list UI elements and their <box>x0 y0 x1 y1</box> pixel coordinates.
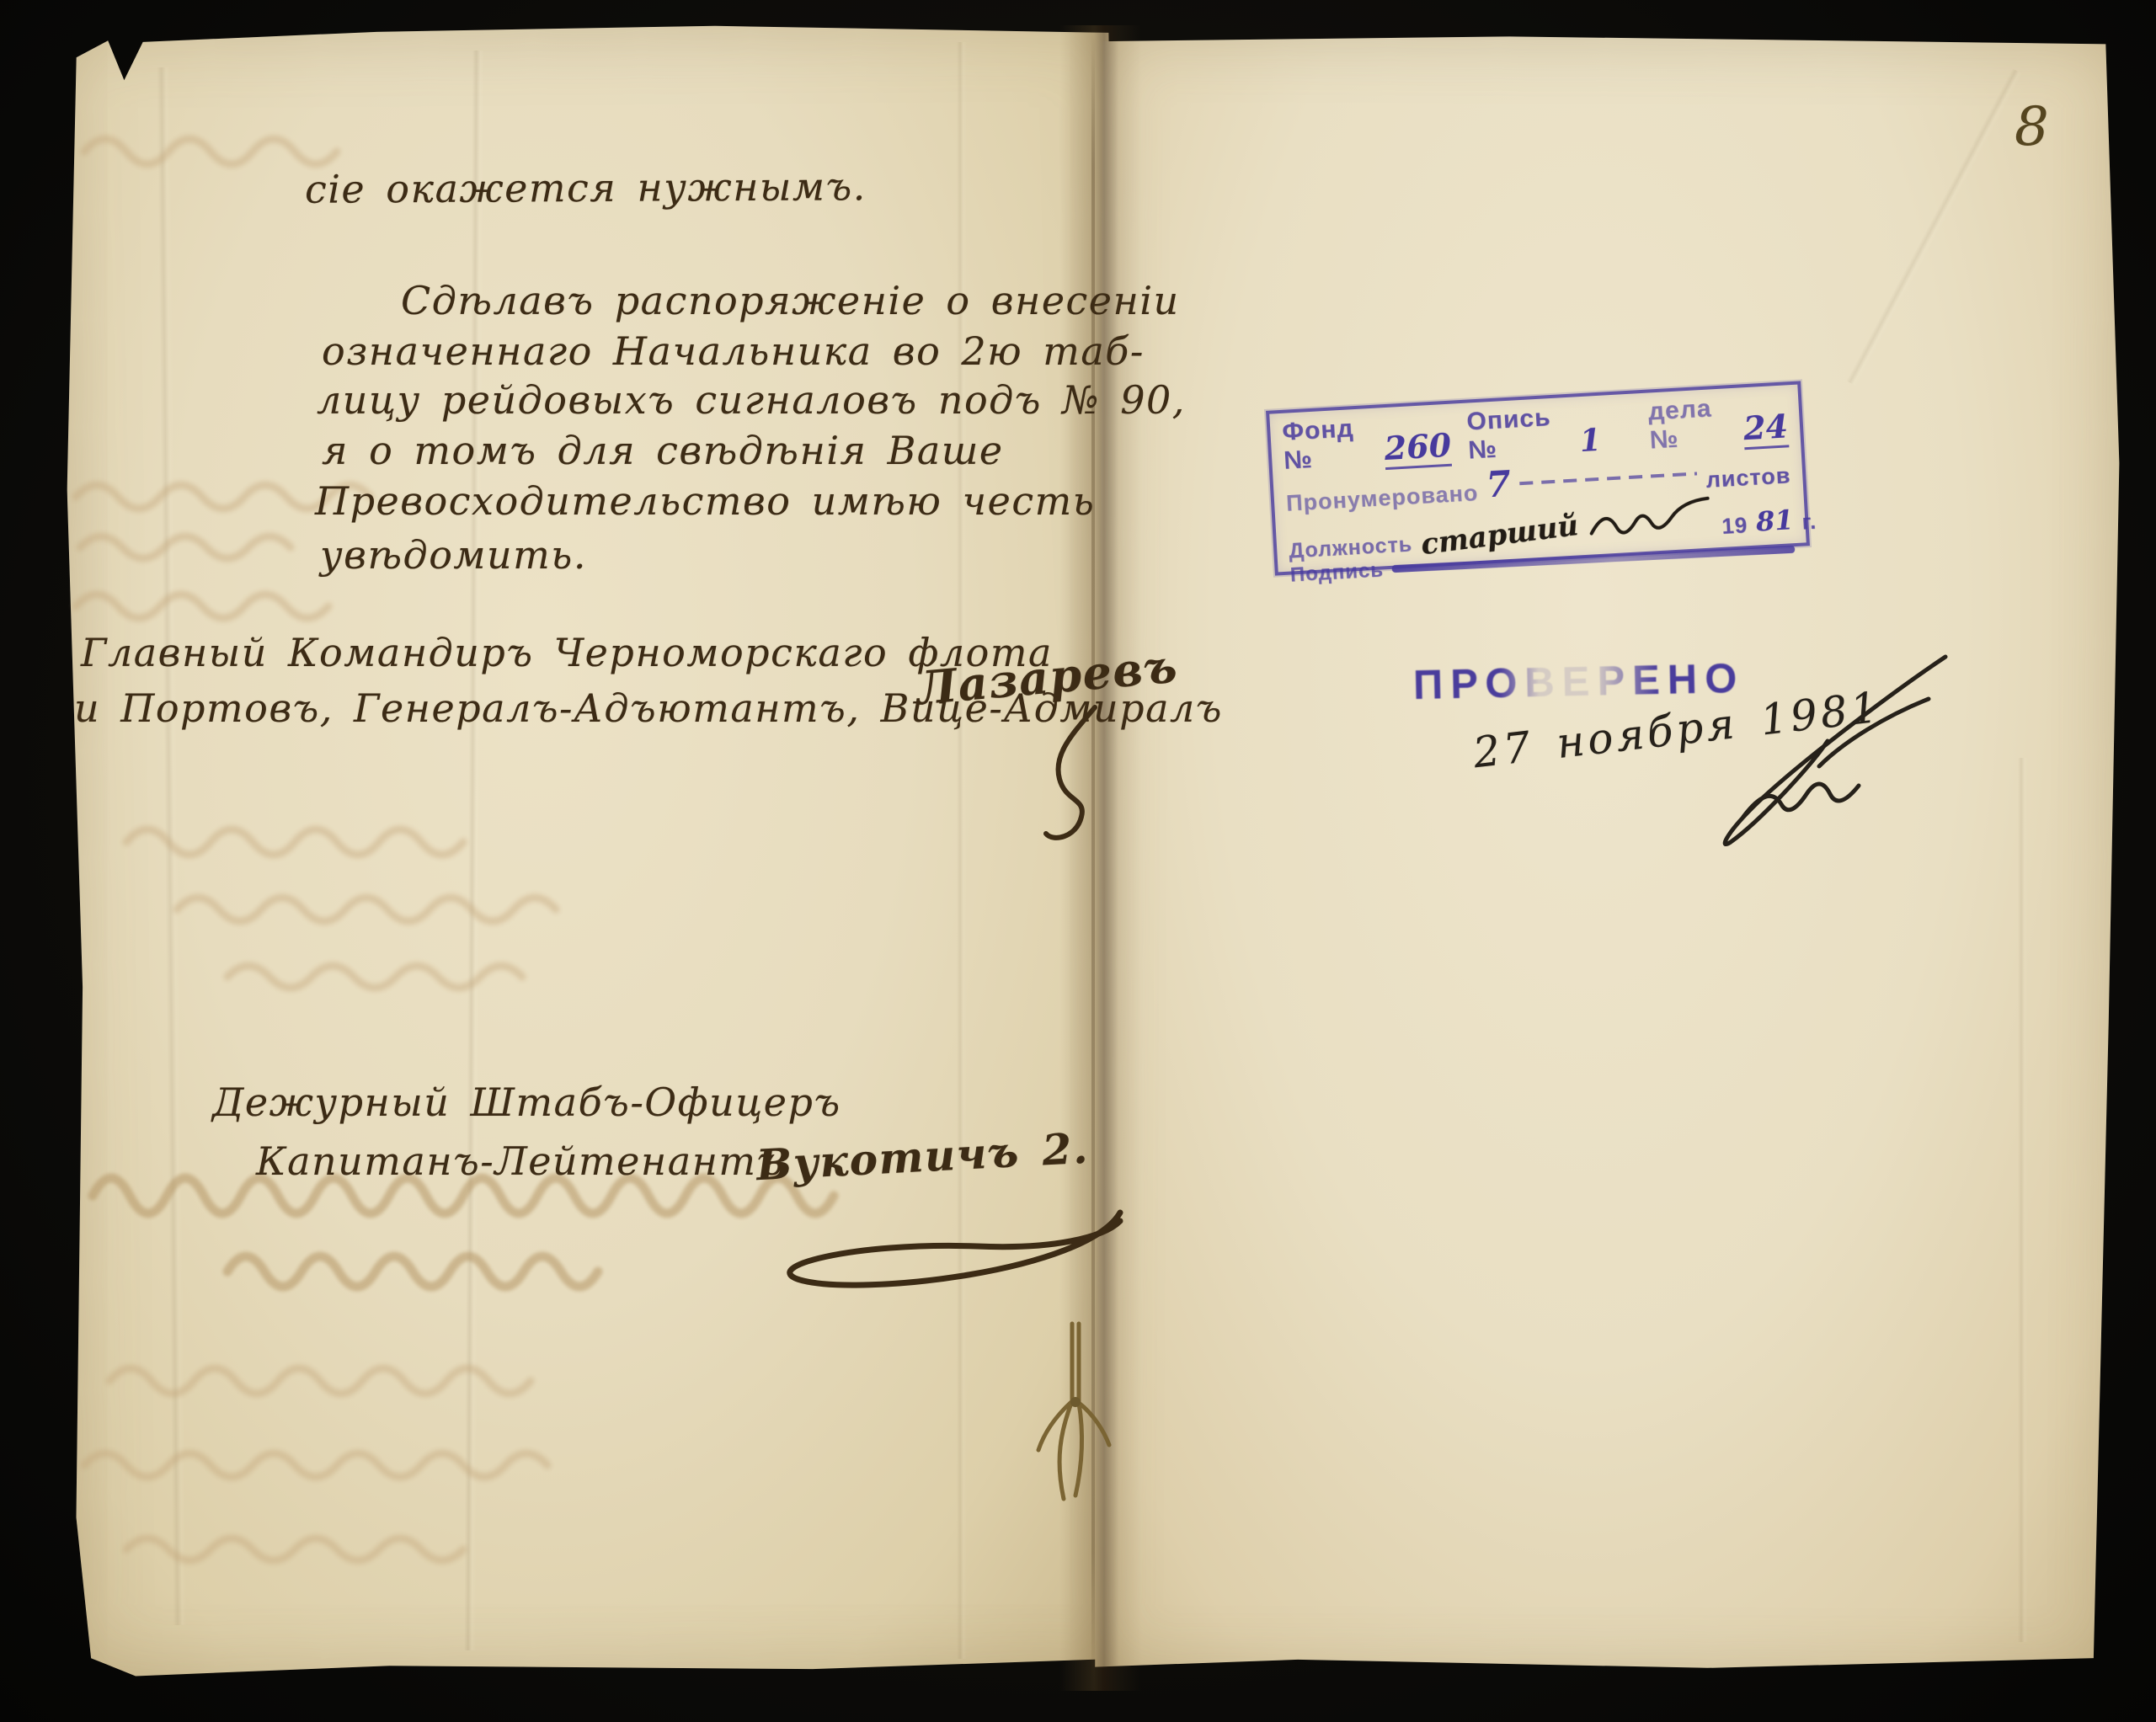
commander-title-line1: Главный Командиръ Черноморскаго флота <box>81 630 1053 675</box>
archivist-inline-signature <box>1585 493 1714 547</box>
manuscript-line: лицу рейдовыхъ сигналовъ подъ № 90, <box>317 377 1186 423</box>
opis-label: Опись № <box>1466 403 1572 466</box>
archival-scan: { "page_label": "8", "letter": { "openin… <box>0 0 2156 1722</box>
right-page <box>1093 31 2125 1679</box>
year-suffix: г. <box>1801 509 1817 536</box>
duty-officer-line1: Дежурный Штабъ-Офицеръ <box>212 1080 841 1125</box>
year-value: 81 <box>1755 504 1795 537</box>
manuscript-line: Превосходительство имѣю честь <box>315 478 1095 524</box>
year-prefix: 19 <box>1721 512 1749 540</box>
duty-officer-line2: Капитанъ-Лейтенантъ <box>256 1138 784 1184</box>
fill-line <box>1519 472 1698 485</box>
left-page <box>59 18 1129 1683</box>
manuscript-opening-line: сіе окажется нужнымъ. <box>305 163 867 211</box>
fond-label: Фонд № <box>1282 413 1378 476</box>
manuscript-line: я о томъ для свѣдѣнія Ваше <box>322 428 1004 473</box>
manuscript-line: означеннаго Начальника во 2ю таб- <box>322 328 1145 374</box>
verified-stamp: ПРОВЕРЕНО <box>1412 655 1744 709</box>
page-number: 8 <box>2015 96 2050 158</box>
delo-value: 24 <box>1742 407 1789 450</box>
manuscript-line: увѣдомить. <box>320 532 587 578</box>
sheets-label: листов <box>1705 462 1791 493</box>
delo-label: дела № <box>1647 393 1736 456</box>
numbered-value: 7 <box>1485 463 1512 506</box>
archive-stamp-box: Фонд № 260 Опись № 1 дела № 24 Пронумеро… <box>1266 381 1810 575</box>
opis-value: 1 <box>1579 423 1602 459</box>
fond-value: 260 <box>1384 426 1453 470</box>
manuscript-line: Сдѣлавъ распоряженіе о внесеніи <box>401 278 1180 323</box>
